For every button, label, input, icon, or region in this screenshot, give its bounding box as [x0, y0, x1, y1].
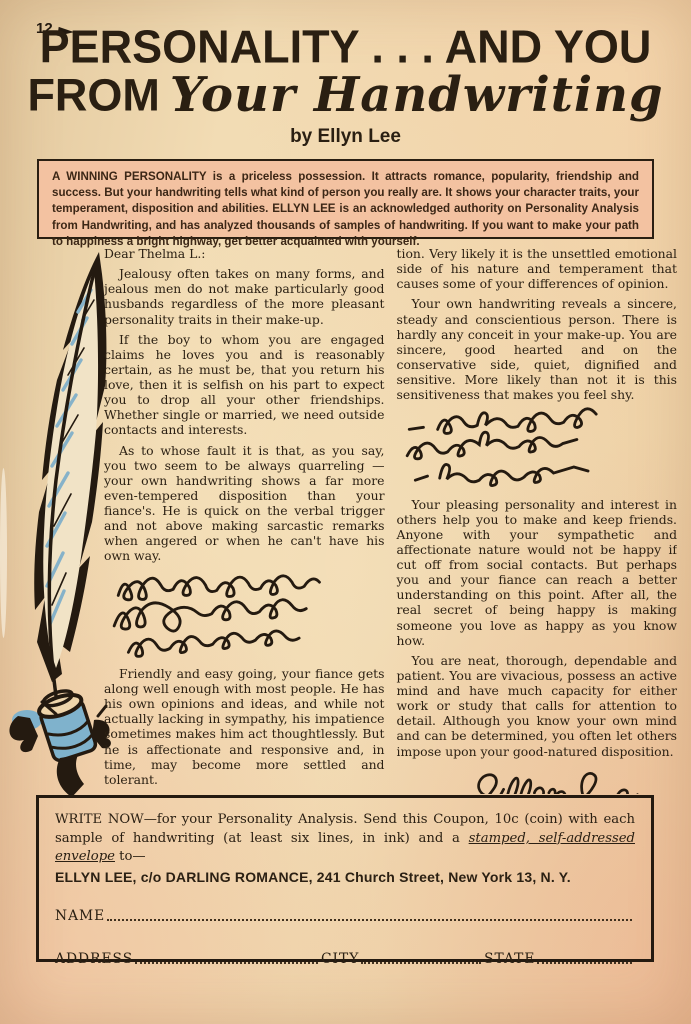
city-fill-line	[361, 960, 481, 964]
right-column: tion. Very likely it is the unsettled em…	[397, 246, 678, 794]
address-label: ADDRESS	[55, 951, 133, 968]
intro-text: A WINNING PERSONALITY is a priceless pos…	[52, 170, 639, 248]
paragraph: Jealousy often takes on many forms, and …	[104, 266, 385, 327]
paragraph: He likes activity and is somewhat restle…	[104, 792, 385, 794]
title-script: Your Handwriting	[170, 67, 664, 123]
byline: by Ellyn Lee	[0, 126, 691, 148]
handwriting-sample-2	[397, 407, 678, 490]
paragraph: Friendly and easy going, your fiance get…	[104, 666, 385, 787]
title-line2: FROMYour Handwriting	[0, 71, 691, 119]
handwriting-sample-1	[104, 569, 385, 660]
coupon-box: WRITE NOW—for your Personality Analysis.…	[36, 795, 654, 962]
title-line1: PERSONALITY . . . AND YOU	[0, 23, 691, 70]
state-fill-line	[537, 960, 632, 964]
paragraph: If the boy to whom you are engaged claim…	[104, 332, 385, 438]
salutation: Dear Thelma L.:	[104, 246, 385, 261]
coupon-text-suffix: to—	[115, 849, 146, 864]
left-column: Dear Thelma L.: Jealousy often takes on …	[104, 246, 385, 794]
intro-box: A WINNING PERSONALITY is a priceless pos…	[37, 159, 654, 239]
coupon-address: ELLYN LEE, c/o DARLING ROMANCE, 241 Chur…	[55, 869, 635, 885]
paragraph: Your own handwriting reveals a sincere, …	[397, 296, 678, 402]
paragraph: tion. Very likely it is the unsettled em…	[397, 246, 678, 291]
paragraph: You are neat, thorough, dependable and p…	[397, 653, 678, 759]
page-header: PERSONALITY . . . AND YOU FROMYour Handw…	[0, 24, 691, 148]
address-fill-line	[135, 960, 318, 964]
paragraph: As to whose fault it is that, as you say…	[104, 443, 385, 564]
magazine-page: 12 PERSONALITY . . . AND YOU FROMYour Ha…	[0, 0, 691, 1024]
article-body: Dear Thelma L.: Jealousy often takes on …	[0, 246, 677, 794]
title-from: FROM	[27, 70, 159, 121]
address-field-row: ADDRESS CITY STATE	[55, 951, 635, 968]
name-field-row: NAME	[55, 908, 635, 925]
signature	[397, 764, 678, 794]
page-title: PERSONALITY . . . AND YOU FROMYour Handw…	[0, 24, 691, 119]
name-fill-line	[107, 917, 632, 921]
state-label: STATE	[484, 951, 535, 968]
paragraph: Your pleasing personality and interest i…	[397, 497, 678, 648]
city-label: CITY	[321, 951, 359, 968]
name-label: NAME	[55, 908, 105, 925]
coupon-instructions: WRITE NOW—for your Personality Analysis.…	[55, 811, 635, 867]
